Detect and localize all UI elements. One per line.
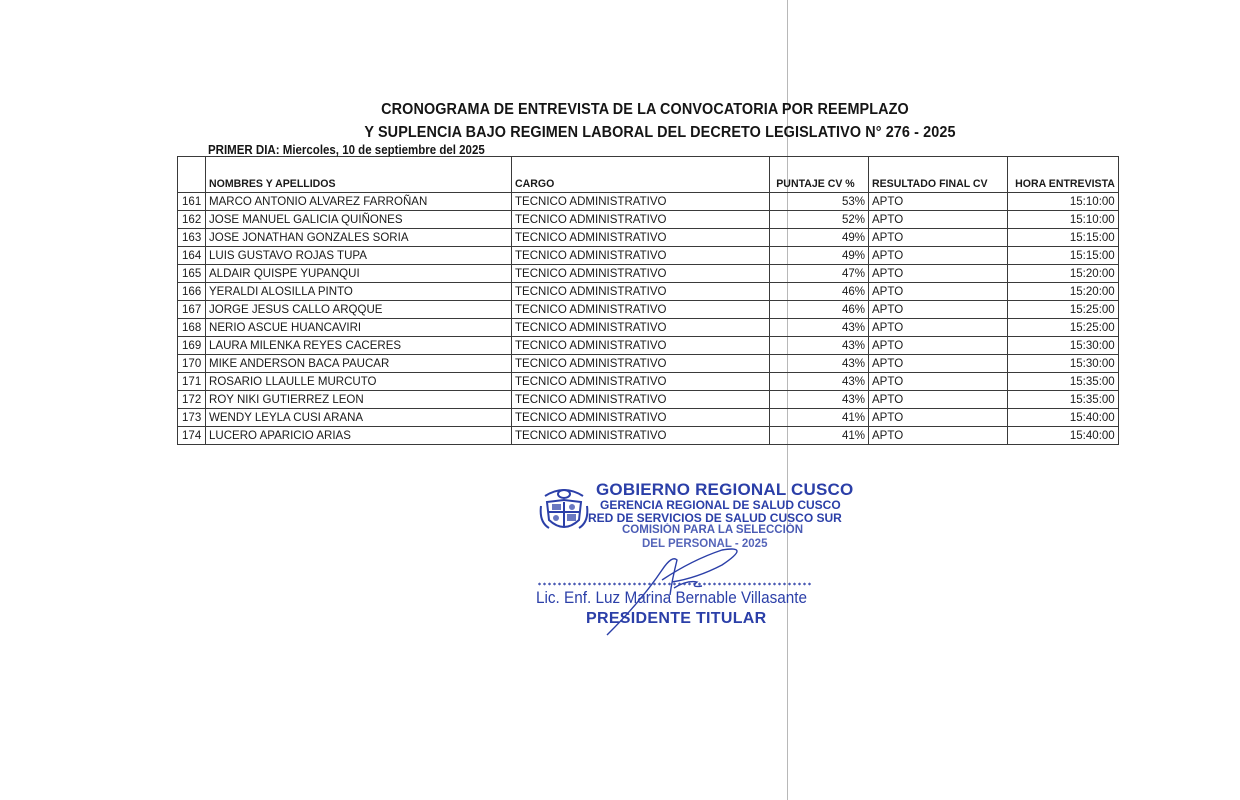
table-row: 171ROSARIO LLAULLE MURCUTOTECNICO ADMINI… — [178, 373, 1119, 391]
stamp-line-2: GERENCIA REGIONAL DE SALUD CUSCO — [600, 498, 841, 512]
peru-coat-of-arms-icon — [537, 482, 591, 538]
document-subtitle-date: PRIMER DIA: Miercoles, 10 de septiembre … — [208, 143, 485, 157]
row-time: 15:15:00 — [1008, 229, 1119, 247]
row-name: MARCO ANTONIO ALVAREZ FARROÑAN — [206, 193, 512, 211]
row-result: APTO — [869, 391, 1008, 409]
header-num — [178, 157, 206, 193]
row-name: LUCERO APARICIO ARIAS — [206, 427, 512, 445]
row-result: APTO — [869, 337, 1008, 355]
table-row: 165ALDAIR QUISPE YUPANQUITECNICO ADMINIS… — [178, 265, 1119, 283]
row-number: 165 — [178, 265, 206, 283]
row-time: 15:35:00 — [1008, 373, 1119, 391]
row-number: 168 — [178, 319, 206, 337]
table-row: 170MIKE ANDERSON BACA PAUCARTECNICO ADMI… — [178, 355, 1119, 373]
row-cargo: TECNICO ADMINISTRATIVO — [512, 337, 770, 355]
header-name: NOMBRES Y APELLIDOS — [206, 157, 512, 193]
row-score: 47% — [770, 265, 869, 283]
row-result: APTO — [869, 193, 1008, 211]
row-result: APTO — [869, 211, 1008, 229]
stamp-line-4: COMISIÓN PARA LA SELECCIÓN — [622, 524, 803, 536]
row-score: 43% — [770, 319, 869, 337]
row-number: 164 — [178, 247, 206, 265]
signer-role: PRESIDENTE TITULAR — [586, 610, 767, 628]
table-header-row: NOMBRES Y APELLIDOS CARGO PUNTAJE CV % R… — [178, 157, 1119, 193]
row-time: 15:15:00 — [1008, 247, 1119, 265]
row-result: APTO — [869, 373, 1008, 391]
row-result: APTO — [869, 283, 1008, 301]
row-time: 15:20:00 — [1008, 265, 1119, 283]
row-score: 49% — [770, 247, 869, 265]
row-cargo: TECNICO ADMINISTRATIVO — [512, 409, 770, 427]
row-number: 174 — [178, 427, 206, 445]
row-score: 52% — [770, 211, 869, 229]
row-cargo: TECNICO ADMINISTRATIVO — [512, 319, 770, 337]
row-time: 15:10:00 — [1008, 193, 1119, 211]
row-number: 163 — [178, 229, 206, 247]
row-score: 53% — [770, 193, 869, 211]
row-name: JOSE MANUEL GALICIA QUIÑONES — [206, 211, 512, 229]
row-score: 43% — [770, 373, 869, 391]
row-number: 173 — [178, 409, 206, 427]
table-row: 174LUCERO APARICIO ARIASTECNICO ADMINIST… — [178, 427, 1119, 445]
row-number: 161 — [178, 193, 206, 211]
row-name: YERALDI ALOSILLA PINTO — [206, 283, 512, 301]
header-cargo: CARGO — [512, 157, 770, 193]
table-row: 162JOSE MANUEL GALICIA QUIÑONESTECNICO A… — [178, 211, 1119, 229]
row-time: 15:25:00 — [1008, 301, 1119, 319]
row-cargo: TECNICO ADMINISTRATIVO — [512, 283, 770, 301]
row-score: 43% — [770, 391, 869, 409]
row-number: 172 — [178, 391, 206, 409]
row-name: LAURA MILENKA REYES CACERES — [206, 337, 512, 355]
row-time: 15:30:00 — [1008, 337, 1119, 355]
row-result: APTO — [869, 319, 1008, 337]
row-cargo: TECNICO ADMINISTRATIVO — [512, 265, 770, 283]
stamp-line-3: RED DE SERVICIOS DE SALUD CUSCO SUR — [588, 511, 842, 525]
table-row: 168NERIO ASCUE HUANCAVIRITECNICO ADMINIS… — [178, 319, 1119, 337]
row-result: APTO — [869, 427, 1008, 445]
row-number: 171 — [178, 373, 206, 391]
table-row: 172ROY NIKI GUTIERREZ LEONTECNICO ADMINI… — [178, 391, 1119, 409]
row-number: 170 — [178, 355, 206, 373]
row-time: 15:20:00 — [1008, 283, 1119, 301]
signature-dotted-line — [537, 582, 812, 586]
header-result: RESULTADO FINAL CV — [869, 157, 1008, 193]
row-cargo: TECNICO ADMINISTRATIVO — [512, 391, 770, 409]
row-time: 15:40:00 — [1008, 427, 1119, 445]
table-row: 164LUIS GUSTAVO ROJAS TUPATECNICO ADMINI… — [178, 247, 1119, 265]
document-title-line2: Y SUPLENCIA BAJO REGIMEN LABORAL DEL DEC… — [325, 124, 995, 142]
table-row: 167JORGE JESUS CALLO ARQQUETECNICO ADMIN… — [178, 301, 1119, 319]
row-cargo: TECNICO ADMINISTRATIVO — [512, 193, 770, 211]
row-time: 15:10:00 — [1008, 211, 1119, 229]
row-number: 162 — [178, 211, 206, 229]
interview-schedule-table: NOMBRES Y APELLIDOS CARGO PUNTAJE CV % R… — [177, 156, 1119, 445]
row-result: APTO — [869, 229, 1008, 247]
row-score: 46% — [770, 301, 869, 319]
row-result: APTO — [869, 247, 1008, 265]
row-cargo: TECNICO ADMINISTRATIVO — [512, 211, 770, 229]
row-time: 15:25:00 — [1008, 319, 1119, 337]
row-score: 49% — [770, 229, 869, 247]
row-result: APTO — [869, 265, 1008, 283]
row-time: 15:35:00 — [1008, 391, 1119, 409]
row-result: APTO — [869, 355, 1008, 373]
row-name: JORGE JESUS CALLO ARQQUE — [206, 301, 512, 319]
signer-name: Lic. Enf. Luz Marina Bernable Villasante — [536, 588, 807, 608]
row-name: ROSARIO LLAULLE MURCUTO — [206, 373, 512, 391]
table-row: 169LAURA MILENKA REYES CACERESTECNICO AD… — [178, 337, 1119, 355]
table-row: 173WENDY LEYLA CUSI ARANATECNICO ADMINIS… — [178, 409, 1119, 427]
row-score: 46% — [770, 283, 869, 301]
row-score: 43% — [770, 337, 869, 355]
official-stamp: GOBIERNO REGIONAL CUSCO GERENCIA REGIONA… — [532, 478, 832, 648]
row-name: LUIS GUSTAVO ROJAS TUPA — [206, 247, 512, 265]
table-body: 161MARCO ANTONIO ALVAREZ FARROÑANTECNICO… — [178, 193, 1119, 445]
row-score: 43% — [770, 355, 869, 373]
row-cargo: TECNICO ADMINISTRATIVO — [512, 229, 770, 247]
table-row: 166YERALDI ALOSILLA PINTOTECNICO ADMINIS… — [178, 283, 1119, 301]
stamp-line-1: GOBIERNO REGIONAL CUSCO — [596, 480, 853, 500]
row-name: ROY NIKI GUTIERREZ LEON — [206, 391, 512, 409]
row-cargo: TECNICO ADMINISTRATIVO — [512, 355, 770, 373]
row-name: NERIO ASCUE HUANCAVIRI — [206, 319, 512, 337]
row-cargo: TECNICO ADMINISTRATIVO — [512, 301, 770, 319]
row-cargo: TECNICO ADMINISTRATIVO — [512, 373, 770, 391]
header-score: PUNTAJE CV % — [770, 157, 869, 193]
row-name: JOSE JONATHAN GONZALES SORIA — [206, 229, 512, 247]
row-cargo: TECNICO ADMINISTRATIVO — [512, 247, 770, 265]
row-name: WENDY LEYLA CUSI ARANA — [206, 409, 512, 427]
row-result: APTO — [869, 409, 1008, 427]
row-time: 15:30:00 — [1008, 355, 1119, 373]
row-number: 166 — [178, 283, 206, 301]
row-result: APTO — [869, 301, 1008, 319]
table-row: 161MARCO ANTONIO ALVAREZ FARROÑANTECNICO… — [178, 193, 1119, 211]
row-number: 169 — [178, 337, 206, 355]
row-number: 167 — [178, 301, 206, 319]
row-name: ALDAIR QUISPE YUPANQUI — [206, 265, 512, 283]
row-time: 15:40:00 — [1008, 409, 1119, 427]
table-row: 163JOSE JONATHAN GONZALES SORIATECNICO A… — [178, 229, 1119, 247]
document-title-line1: CRONOGRAMA DE ENTREVISTA DE LA CONVOCATO… — [324, 101, 966, 119]
row-score: 41% — [770, 409, 869, 427]
row-cargo: TECNICO ADMINISTRATIVO — [512, 427, 770, 445]
row-score: 41% — [770, 427, 869, 445]
row-name: MIKE ANDERSON BACA PAUCAR — [206, 355, 512, 373]
header-time: HORA ENTREVISTA — [1008, 157, 1119, 193]
